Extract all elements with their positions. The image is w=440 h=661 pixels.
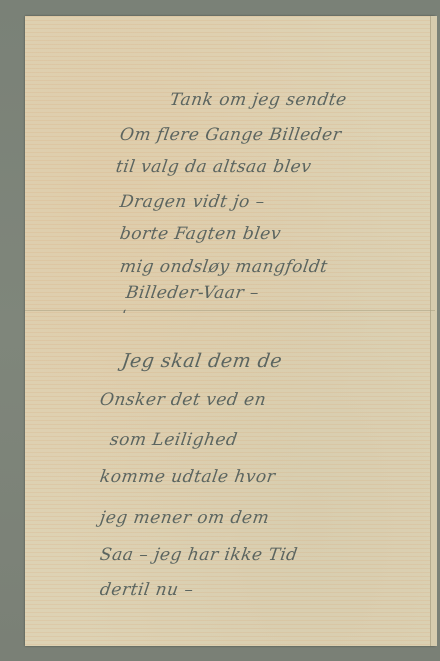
text-line: borte Fagten blev (119, 224, 283, 244)
text-line: Billeder-Vaar – (125, 283, 261, 303)
text-line: som Leilighed (109, 430, 239, 450)
margin-mark: ‘ (122, 308, 126, 324)
handwritten-text: Tank om jeg sendte Om flere Gange Billed… (0, 0, 440, 661)
text-line: til valg da altsaa blev (115, 157, 313, 177)
text-line: Jeg skal dem de (120, 350, 283, 372)
text-line: Onsker det ved en (99, 390, 268, 410)
text-line: Om flere Gange Billeder (119, 125, 343, 145)
text-line: komme udtale hvor (99, 467, 277, 487)
text-line: dertil nu – (99, 580, 195, 600)
text-line: mig ondsløy mangfoldt (119, 257, 329, 277)
text-line: jeg mener om dem (99, 508, 271, 528)
text-line: Tank om jeg sendte (169, 90, 349, 110)
text-line: Saa – jeg har ikke Tid (99, 545, 299, 565)
text-line: Dragen vidt jo – (119, 192, 267, 212)
